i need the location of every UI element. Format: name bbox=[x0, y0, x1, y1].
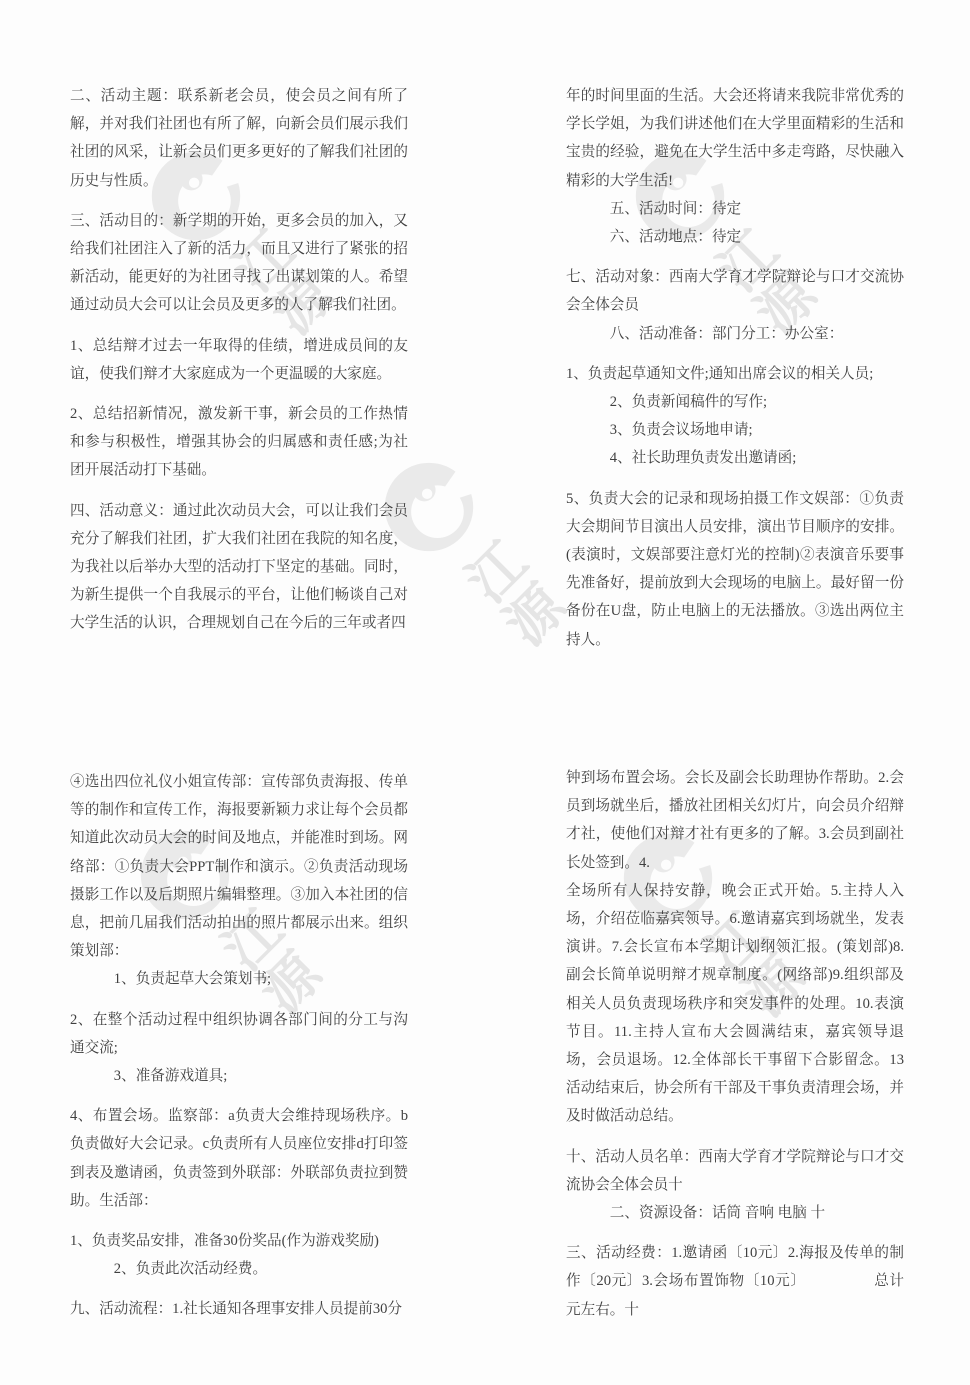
paragraph: 五、活动时间：待定 bbox=[566, 195, 904, 223]
column-bottom-left: ④选出四位礼仪小姐宣传部：宣传部负责海报、传单等的制作和宣传工作，海报要新颖力求… bbox=[70, 768, 408, 1324]
jiangyuan-watermark: 江源 bbox=[382, 460, 582, 660]
column-top-right: 年的时间里面的生活。大会还将请来我院非常优秀的学长学姐，为我们讲述他们在大学里面… bbox=[566, 82, 904, 654]
paragraph: 1、负责起草通知文件;通知出席会议的相关人员; bbox=[566, 360, 904, 388]
paragraph: 1、负责起草大会策划书; bbox=[70, 965, 408, 993]
paragraph: 七、活动对象：西南大学育才学院辩论与口才交流协会全体会员 bbox=[566, 263, 904, 319]
paragraph: 4、社长助理负责发出邀请函; bbox=[566, 444, 904, 472]
paragraph: 2、负责此次活动经费。 bbox=[70, 1255, 408, 1283]
paragraph: 九、活动流程：1.社长通知各理事安排人员提前30分 bbox=[70, 1295, 408, 1323]
paragraph: 年的时间里面的生活。大会还将请来我院非常优秀的学长学姐，为我们讲述他们在大学里面… bbox=[566, 82, 904, 195]
column-top-left: 二、活动主题：联系新老会员，使会员之间有所了解，并对我们社团也有所了解，向新会员… bbox=[70, 82, 408, 638]
paragraph: 1、总结辩才过去一年取得的佳绩，增进成员间的友谊，使我们辩才大家庭成为一个更温暖… bbox=[70, 332, 408, 388]
paragraph: 5、负责大会的记录和现场拍摄工作文娱部：①负责大会期间节目演出人员安排，演出节目… bbox=[566, 485, 904, 654]
paragraph: 十、活动人员名单：西南大学育才学院辩论与口才交流协会全体会员十 bbox=[566, 1143, 904, 1199]
paragraph: 1、负责奖品安排，准备30份奖品(作为游戏奖励) bbox=[70, 1227, 408, 1255]
watermark-char-jiang: 江 bbox=[454, 529, 542, 617]
paragraph: 二、活动主题：联系新老会员，使会员之间有所了解，并对我们社团也有所了解，向新会员… bbox=[70, 82, 408, 195]
paragraph: 3、准备游戏道具; bbox=[70, 1062, 408, 1090]
column-bottom-right: 钟到场布置会场。会长及副会长助理协作帮助。2.会员到场就坐后，播放社团相关幻灯片… bbox=[566, 764, 904, 1324]
paragraph: 2、总结招新情况，激发新干事，新会员的工作热情和参与积极性，增强其协会的归属感和… bbox=[70, 400, 408, 485]
paragraph: 八、活动准备：部门分工：办公室： bbox=[566, 320, 904, 348]
paragraph: 三、活动经费：1.邀请函〔10元〕2.海报及传单的制作〔20元〕3.会场布置饰物… bbox=[566, 1239, 904, 1324]
scanned-document-page: 江源江源江源江源江源 二、活动主题：联系新老会员，使会员之间有所了解，并对我们社… bbox=[0, 0, 970, 1385]
paragraph: 3、负责会议场地申请; bbox=[566, 416, 904, 444]
paragraph: 4、布置会场。监察部：a负责大会维持现场秩序。b负责做好大会记录。c负责所有人员… bbox=[70, 1102, 408, 1215]
paragraph: ④选出四位礼仪小姐宣传部：宣传部负责海报、传单等的制作和宣传工作，海报要新颖力求… bbox=[70, 768, 408, 965]
paragraph: 四、活动意义：通过此次动员大会，可以让我们会员充分了解我们社团，扩大我们社团在我… bbox=[70, 497, 408, 638]
paragraph: 钟到场布置会场。会长及副会长助理协作帮助。2.会员到场就坐后，播放社团相关幻灯片… bbox=[566, 764, 904, 877]
paragraph: 六、活动地点：待定 bbox=[566, 223, 904, 251]
paragraph: 全场所有人保持安静，晚会正式开始。5.主持人入场，介绍莅临嘉宾领导。6.邀请嘉宾… bbox=[566, 877, 904, 1131]
paragraph: 二、资源设备：话筒 音响 电脑 十 bbox=[566, 1199, 904, 1227]
paragraph: 2、在整个活动过程中组织协调各部门间的分工与沟通交流; bbox=[70, 1006, 408, 1062]
paragraph: 2、负责新闻稿件的写作; bbox=[566, 388, 904, 416]
paragraph: 三、活动目的：新学期的开始，更多会员的加入，又给我们社团注入了新的活力，而且又进… bbox=[70, 207, 408, 320]
